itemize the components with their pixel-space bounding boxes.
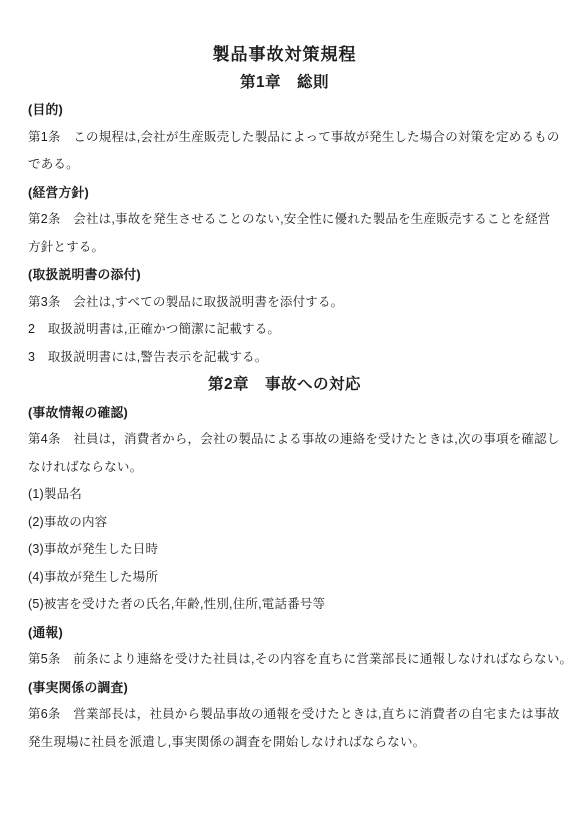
body-line: 3 取扱説明書には,警告表示を記載する。: [28, 344, 541, 372]
body-line: 方針とする。: [28, 234, 541, 262]
body-line: 第1条 この規程は,会社が生産販売した製品によって事故が発生した場合の対策を定め…: [28, 124, 541, 152]
list-item: (3)事故が発生した日時: [28, 536, 541, 564]
section-heading-accident-info: (事故情報の確認): [28, 399, 541, 427]
section-heading-fact-investigation: (事実関係の調査): [28, 674, 541, 702]
list-item: (1)製品名: [28, 481, 541, 509]
section-heading-report: (通報): [28, 619, 541, 647]
body-line: なければならない。: [28, 454, 541, 482]
body-line: 第4条 社員は，消費者から，会社の製品による事故の連絡を受けたときは,次の事項を…: [28, 426, 541, 454]
list-item: (2)事故の内容: [28, 509, 541, 537]
body-line: 第3条 会社は,すべての製品に取扱説明書を添付する。: [28, 289, 541, 317]
section-heading-purpose: (目的): [28, 96, 541, 124]
document-page: 製品事故対策規程 第1章 総則 (目的) 第1条 この規程は,会社が生産販売した…: [0, 0, 569, 826]
document-content: 製品事故対策規程 第1章 総則 (目的) 第1条 この規程は,会社が生産販売した…: [0, 0, 569, 756]
body-line: 第6条 営業部長は，社員から製品事故の通報を受けたときは,直ちに消費者の自宅また…: [28, 701, 541, 729]
chapter-2-heading: 第2章 事故への対応: [28, 371, 541, 399]
body-line: 第2条 会社は,事故を発生させることのない,安全性に優れた製品を生産販売すること…: [28, 206, 541, 234]
body-line: 第5条 前条により連絡を受けた社員は,その内容を直ちに営業部長に通報しなければな…: [28, 646, 541, 674]
document-title: 製品事故対策規程: [28, 41, 541, 69]
body-line: 発生現場に社員を派遣し,事実関係の調査を開始しなければならない。: [28, 729, 541, 757]
list-item: (4)事故が発生した場所: [28, 564, 541, 592]
section-heading-instruction-manual: (取扱説明書の添付): [28, 261, 541, 289]
chapter-1-heading: 第1章 総則: [28, 69, 541, 97]
list-item: (5)被害を受けた者の氏名,年齢,性別,住所,電話番号等: [28, 591, 541, 619]
body-line: 2 取扱説明書は,正確かつ簡潔に記載する。: [28, 316, 541, 344]
body-line: である。: [28, 151, 541, 179]
section-heading-management-policy: (経営方針): [28, 179, 541, 207]
